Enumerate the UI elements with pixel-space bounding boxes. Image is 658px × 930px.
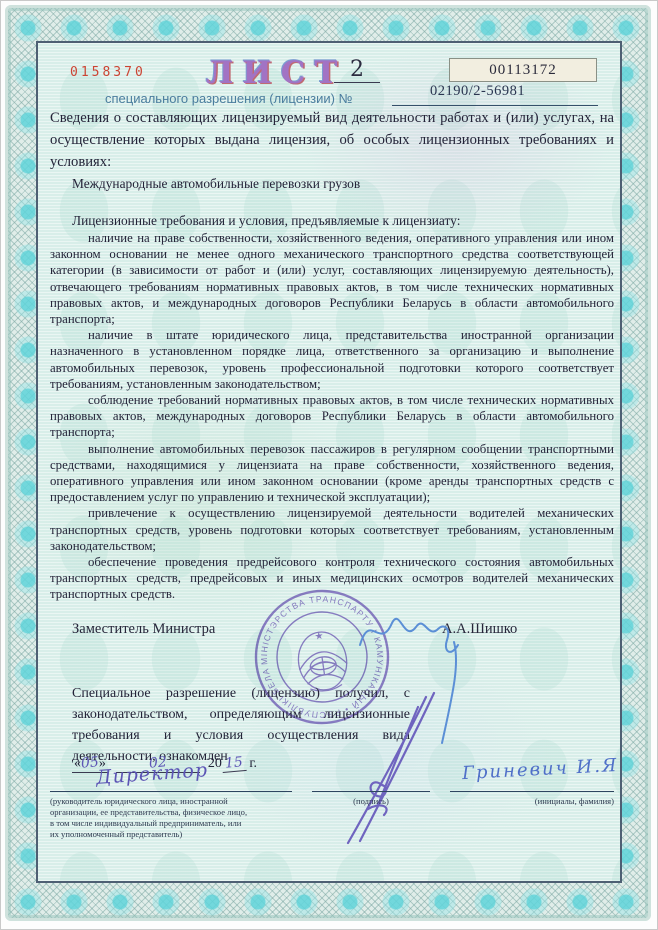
license-number: 02190/2-56981 [430, 83, 525, 100]
fineprint-line: (руководитель юридического лица, иностра… [50, 796, 306, 807]
form-label-license: специального разрешения (лицензии) № [105, 91, 353, 106]
sheet-number: 2 [334, 57, 380, 83]
licensee-signature-icon [330, 689, 442, 853]
requirements-list: наличие на праве собственности, хозяйств… [50, 230, 614, 603]
requirements-heading: Лицензионные требования и условия, предъ… [72, 213, 460, 229]
official-position: Заместитель Министра [72, 621, 215, 638]
licensed-activity: Международные автомобильные перевозки гр… [72, 176, 360, 192]
signature-line-right [450, 791, 614, 792]
initials-caption: (инициалы, фамилия) [450, 796, 614, 806]
blank-number-box: 00113172 [449, 58, 597, 82]
requirement-paragraph: наличие на праве собственности, хозяйств… [50, 230, 614, 327]
signature-line-left [50, 791, 292, 792]
requirement-paragraph: привлечение к осуществлению лицензируемо… [50, 505, 614, 554]
fineprint-line: в том числе индивидуальный предпринимате… [50, 818, 306, 829]
requirement-paragraph: наличие в штате юридического лица, предс… [50, 327, 614, 392]
document-body: 0158370 ЛИСТ 2 00113172 02190/2-56981 сп… [36, 41, 622, 883]
license-sheet-scan: 0158370 ЛИСТ 2 00113172 02190/2-56981 сп… [0, 0, 658, 930]
security-serial-number: 0158370 [70, 65, 146, 80]
year-prefix: 20 [208, 756, 222, 771]
handwritten-year: 15 [221, 754, 246, 773]
stamp-star-icon: ★ [314, 631, 324, 643]
fineprint-line: их уполномоченный представитель) [50, 829, 306, 840]
license-number-rule [392, 105, 598, 106]
year-suffix: г. [249, 756, 257, 771]
left-caption-fineprint: (руководитель юридического лица, иностра… [50, 796, 306, 840]
handwritten-surname: Гриневич И.Я [462, 755, 619, 784]
sheet-title-ornate: ЛИСТ [206, 55, 346, 91]
intro-paragraph: Сведения о составляющих лицензируемый ви… [50, 107, 614, 173]
signature-line-middle [312, 791, 430, 792]
requirement-paragraph: соблюдение требований нормативных правов… [50, 392, 614, 441]
requirement-paragraph: выполнение автомобильных перевозок пасса… [50, 441, 614, 506]
signature-caption: (подпись) [312, 796, 430, 806]
fineprint-line: организации, ее представительства, физич… [50, 807, 306, 818]
